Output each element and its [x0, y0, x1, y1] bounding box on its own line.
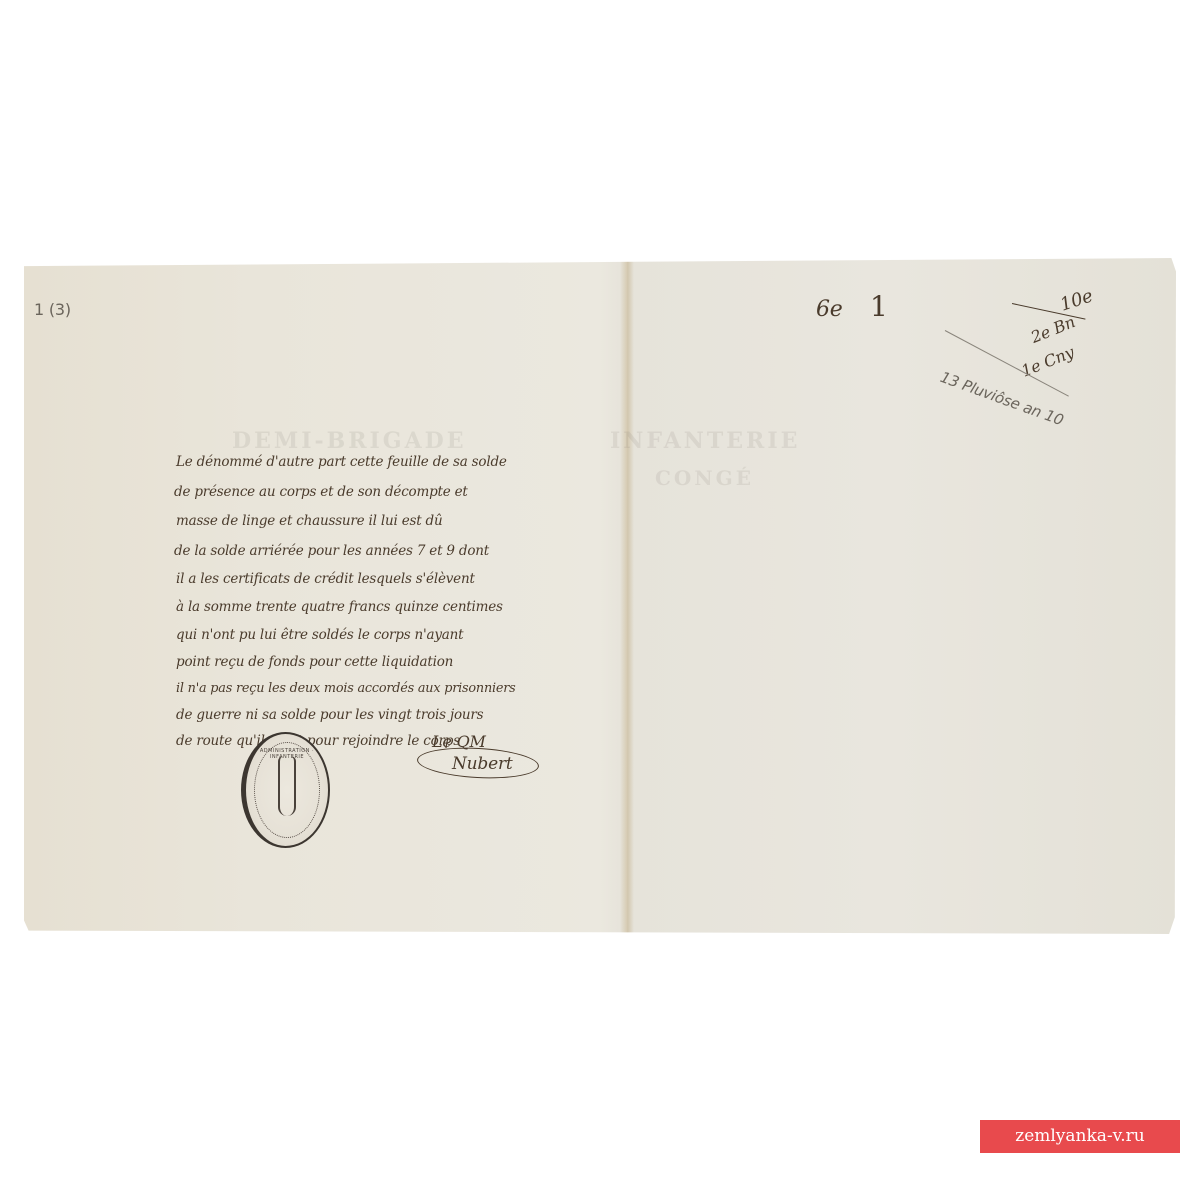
page-tick: 1: [870, 290, 888, 323]
printed-header-demibrigade: DEMI-BRIGADE: [232, 428, 467, 454]
printed-header-infanterie: INFANTERIE: [610, 428, 800, 454]
handwritten-line: à la somme trente quatre francs quinze c…: [176, 599, 503, 615]
handwritten-line: de la solde arriérée pour les années 7 e…: [174, 543, 489, 559]
page-mark: 6e: [816, 297, 843, 322]
handwritten-line: de présence au corps et de son décompte …: [174, 484, 468, 500]
handwritten-line: masse de linge et chaussure il lui est d…: [176, 513, 442, 529]
seal-emblem-icon: [278, 756, 296, 816]
handwritten-line: de route qu'il a fait pour rejoindre le …: [176, 733, 460, 749]
handwritten-line: de guerre ni sa solde pour les vingt tro…: [176, 707, 483, 723]
signature-name: Nubert: [452, 754, 513, 774]
margin-note: 1 (3): [34, 300, 71, 319]
handwritten-line: point reçu de fonds pour cette liquidati…: [176, 654, 453, 670]
printed-header-conge: CONGÉ: [655, 466, 754, 490]
ink-seal-stamp: ADMINISTRATION · INFANTERIE: [241, 732, 330, 848]
paper-fold: [620, 258, 634, 934]
document-sheet: [24, 258, 1176, 934]
handwritten-line: il a les certificats de crédit lesquels …: [176, 571, 475, 587]
watermark-badge[interactable]: zemlyanka-v.ru: [980, 1120, 1180, 1153]
handwritten-line: Le dénommé d'autre part cette feuille de…: [176, 454, 507, 470]
handwritten-line: qui n'ont pu lui être soldés le corps n'…: [176, 627, 463, 643]
handwritten-line: il n'a pas reçu les deux mois accordés a…: [176, 681, 516, 696]
